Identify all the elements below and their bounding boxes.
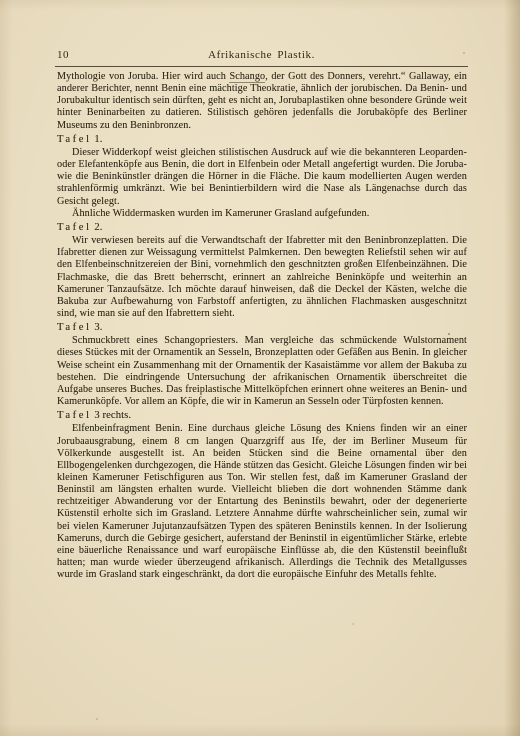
tafel-3-heading: Tafel 3. (57, 322, 467, 334)
book-page-scan: 10 Afrikanische Plastik. Mythologie von … (0, 0, 520, 736)
paragraph: Dieser Widderkopf weist gleichen stilist… (57, 147, 467, 208)
running-title: Afrikanische Plastik. (56, 49, 467, 61)
header-rule (55, 66, 468, 67)
paragraph-text: Mythologie von Joruba. Hier wird auch (57, 71, 229, 82)
tafel-heading-word: Tafel (57, 134, 92, 145)
tafel-1-heading: Tafel 1. (57, 134, 467, 146)
paragraph: Elfenbeinfragment Benin. Eine durchaus g… (57, 423, 467, 581)
tafel-2-heading: Tafel 2. (57, 222, 467, 234)
paragraph: Schmuckbrett eines Schangopriesters. Man… (57, 335, 467, 408)
paragraph: Ähnliche Widdermasken wurden im Kamerune… (57, 208, 467, 220)
tafel-heading-number: 3 rechts. (94, 410, 131, 421)
page-header: 10 Afrikanische Plastik. (56, 49, 467, 65)
underlined-word: Schango (229, 71, 265, 83)
tafel-heading-word: Tafel (57, 322, 92, 333)
paper-specks (0, 0, 2, 2)
tafel-heading-number: 2. (94, 222, 102, 233)
tafel-heading-word: Tafel (57, 410, 92, 421)
page-body: Mythologie von Joruba. Hier wird auch Sc… (57, 71, 467, 581)
tafel-heading-number: 1. (94, 134, 102, 145)
tafel-heading-word: Tafel (57, 222, 92, 233)
paragraph: Wir verwiesen bereits auf die Verwandtsc… (57, 235, 467, 320)
paragraph-continuation: Mythologie von Joruba. Hier wird auch Sc… (57, 71, 467, 132)
tafel-3-rechts-heading: Tafel 3 rechts. (57, 410, 467, 422)
tafel-heading-number: 3. (94, 322, 102, 333)
